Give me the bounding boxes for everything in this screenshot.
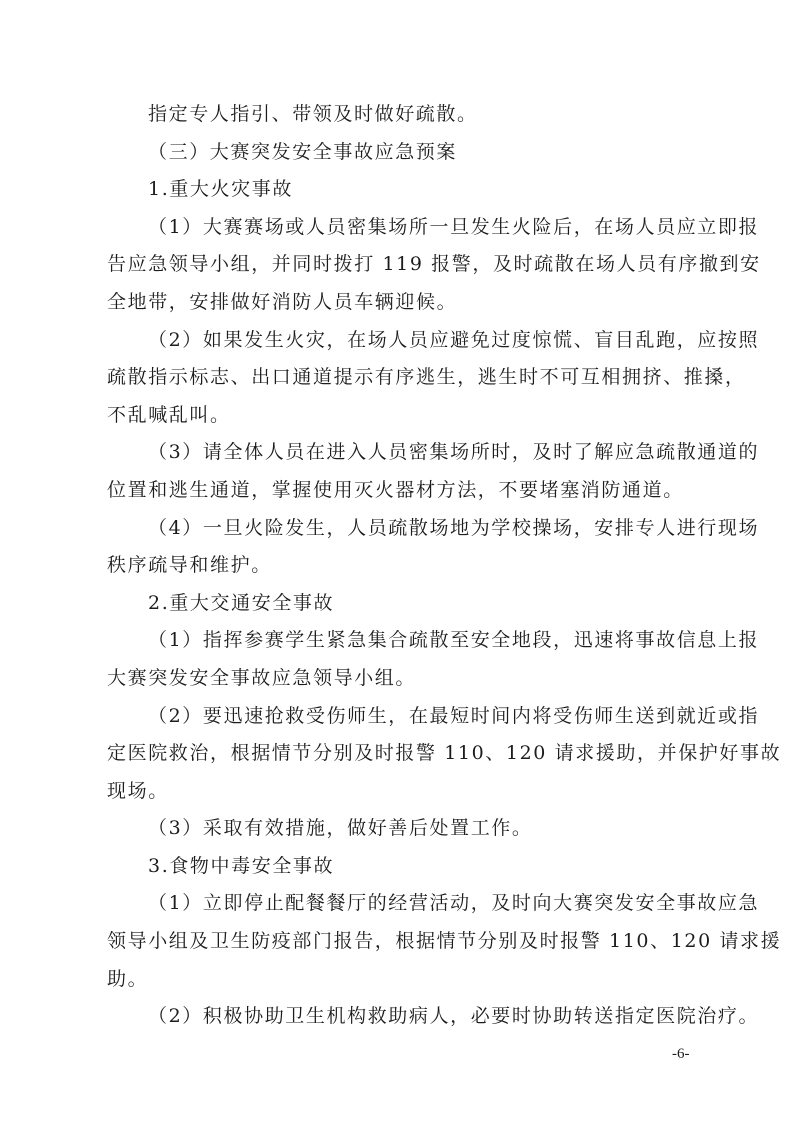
text-line: 疏散指示标志、出口通道提示有序逃生，逃生时不可互相拥挤、推搡， (107, 359, 693, 397)
text-line: 位置和逃生通道，掌握使用灭火器材方法，不要堵塞消防通道。 (107, 472, 697, 510)
text-line: 告应急领导小组，并同时拨打 119 报警，及时疏散在场人员有序撤到安 (107, 246, 693, 284)
text-line: （2）如果发生火灾，在场人员应避免过度惊慌、盲目乱跑，应按照 (107, 322, 693, 360)
text-line: （1）指挥参赛学生紧急集合疏散至安全地段，迅速将事故信息上报 (107, 622, 693, 660)
text-line: 秩序疏导和维护。 (107, 547, 697, 585)
text-line: 助。 (107, 961, 697, 999)
text-line: 指定专人指引、带领及时做好疏散。 (107, 96, 697, 134)
text-line: 大赛突发安全事故应急领导小组。 (107, 660, 697, 698)
body-text: 指定专人指引、带领及时做好疏散。 （三）大赛突发安全事故应急预案 1.重大火灾事… (107, 96, 697, 1036)
text-line: 全地带，安排做好消防人员车辆迎候。 (107, 284, 697, 322)
subsection-heading: 1.重大火灾事故 (107, 171, 697, 209)
text-line: （2）积极协助卫生机构救助病人，必要时协助转送指定医院治疗。 (107, 998, 693, 1036)
document-page: 指定专人指引、带领及时做好疏散。 （三）大赛突发安全事故应急预案 1.重大火灾事… (0, 0, 800, 1131)
text-line: （1）大赛赛场或人员密集场所一旦发生火险后，在场人员应立即报 (107, 209, 693, 247)
text-line: 定医院救治，根据情节分别及时报警 110、120 请求援助，并保护好事故 (107, 735, 693, 773)
section-heading: （三）大赛突发安全事故应急预案 (107, 134, 697, 172)
text-line: 现场。 (107, 773, 697, 811)
text-line: （4）一旦火险发生，人员疏散场地为学校操场，安排专人进行现场 (107, 510, 693, 548)
subsection-heading: 2.重大交通安全事故 (107, 585, 697, 623)
text-line: （3）采取有效措施，做好善后处置工作。 (107, 810, 697, 848)
text-line: 不乱喊乱叫。 (107, 397, 697, 435)
text-line: 领导小组及卫生防疫部门报告，根据情节分别及时报警 110、120 请求援 (107, 923, 693, 961)
page-number: -6- (672, 1046, 690, 1063)
text-line: （3）请全体人员在进入人员密集场所时，及时了解应急疏散通道的 (107, 434, 693, 472)
text-line: （2）要迅速抢救受伤师生，在最短时间内将受伤师生送到就近或指 (107, 698, 693, 736)
text-line: （1）立即停止配餐餐厅的经营活动，及时向大赛突发安全事故应急 (107, 885, 693, 923)
subsection-heading: 3.食物中毒安全事故 (107, 848, 697, 886)
